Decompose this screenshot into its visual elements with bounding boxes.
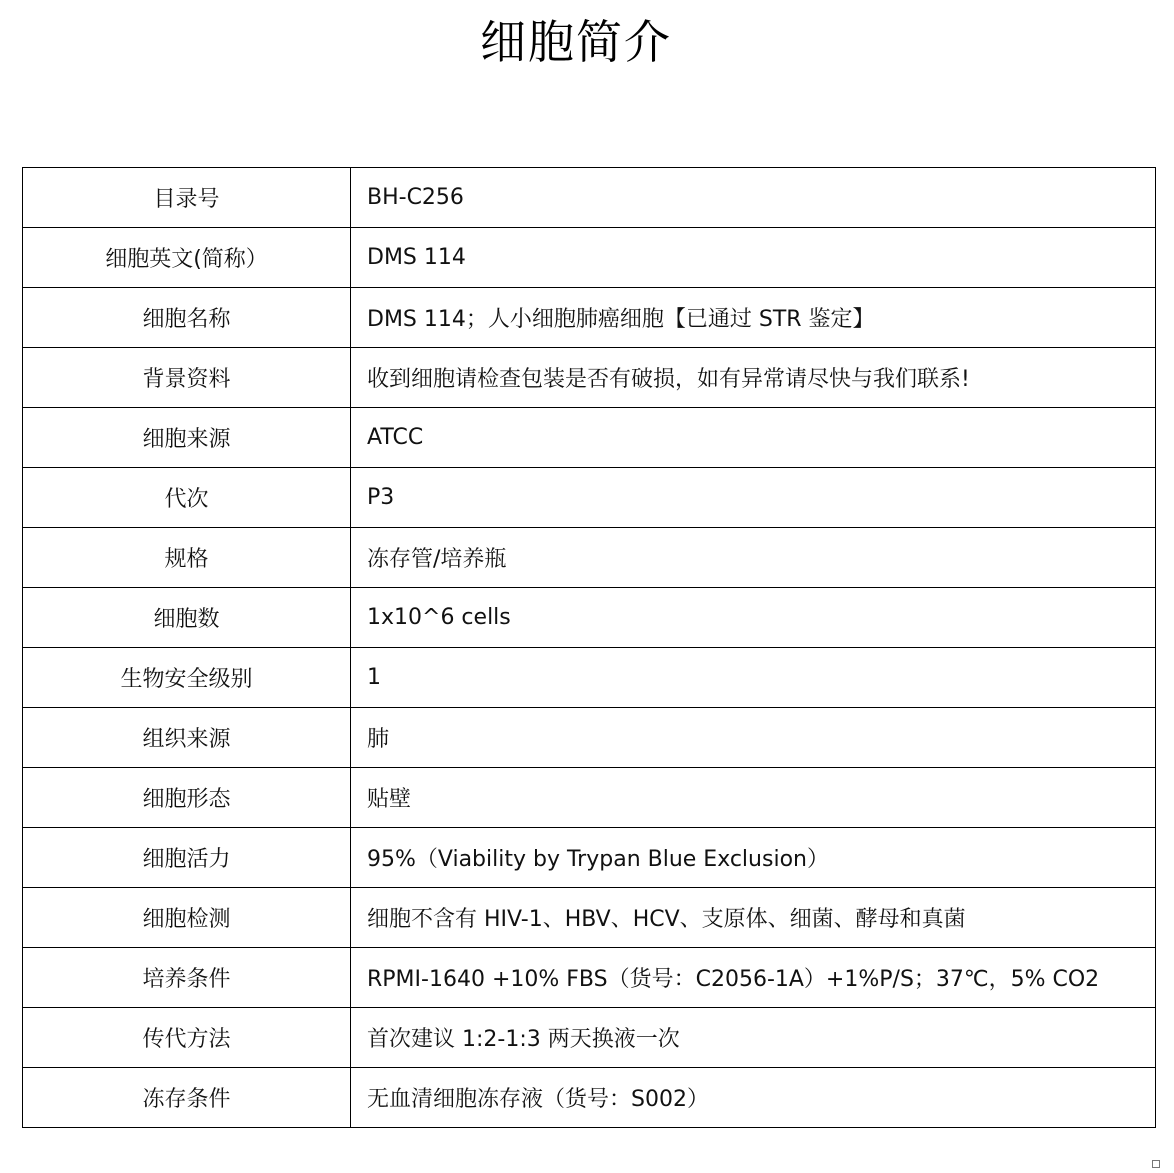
page-title: 细胞简介 [0,14,1152,70]
row-label: 目录号 [23,168,351,228]
row-value: 冻存管/培养瓶 [351,528,1156,588]
row-value: BH-C256 [351,168,1156,228]
row-label: 冻存条件 [23,1068,351,1128]
row-value: 贴壁 [351,768,1156,828]
row-value: 细胞不含有 HIV-1、HBV、HCV、支原体、细菌、酵母和真菌 [351,888,1156,948]
row-label: 背景资料 [23,348,351,408]
table-row-background: 背景资料 收到细胞请检查包装是否有破损，如有异常请尽快与我们联系! [23,348,1156,408]
table-row-cell-source: 细胞来源 ATCC [23,408,1156,468]
row-label: 细胞名称 [23,288,351,348]
row-value: 肺 [351,708,1156,768]
table-row-viability: 细胞活力 95%（Viability by Trypan Blue Exclus… [23,828,1156,888]
row-label: 细胞英文(简称） [23,228,351,288]
row-label: 传代方法 [23,1008,351,1068]
row-label: 细胞形态 [23,768,351,828]
row-value: 收到细胞请检查包装是否有破损，如有异常请尽快与我们联系! [351,348,1156,408]
table-row-english-abbreviation: 细胞英文(简称） DMS 114 [23,228,1156,288]
row-value: P3 [351,468,1156,528]
table-row-catalog-number: 目录号 BH-C256 [23,168,1156,228]
table-row-morphology: 细胞形态 贴壁 [23,768,1156,828]
row-label: 生物安全级别 [23,648,351,708]
row-label: 培养条件 [23,948,351,1008]
table-row-testing: 细胞检测 细胞不含有 HIV-1、HBV、HCV、支原体、细菌、酵母和真菌 [23,888,1156,948]
row-label: 细胞来源 [23,408,351,468]
row-label: 规格 [23,528,351,588]
table-row-cell-count: 细胞数 1x10^6 cells [23,588,1156,648]
row-value: 首次建议 1:2-1:3 两天换液一次 [351,1008,1156,1068]
table-row-passage-method: 传代方法 首次建议 1:2-1:3 两天换液一次 [23,1008,1156,1068]
table-row-cryopreservation: 冻存条件 无血清细胞冻存液（货号：S002） [23,1068,1156,1128]
row-value: 无血清细胞冻存液（货号：S002） [351,1068,1156,1128]
table-resize-handle[interactable] [1152,1160,1160,1168]
row-value: DMS 114 [351,228,1156,288]
row-value: 1x10^6 cells [351,588,1156,648]
row-label: 代次 [23,468,351,528]
table-row-tissue-source: 组织来源 肺 [23,708,1156,768]
table-row-biosafety-level: 生物安全级别 1 [23,648,1156,708]
row-value: RPMI-1640 +10% FBS（货号：C2056-1A）+1%P/S；37… [351,948,1156,1008]
row-value: 1 [351,648,1156,708]
row-label: 细胞活力 [23,828,351,888]
table-row-cell-name: 细胞名称 DMS 114；人小细胞肺癌细胞【已通过 STR 鉴定】 [23,288,1156,348]
row-value: DMS 114；人小细胞肺癌细胞【已通过 STR 鉴定】 [351,288,1156,348]
row-value: ATCC [351,408,1156,468]
cell-info-table: 目录号 BH-C256 细胞英文(简称） DMS 114 细胞名称 DMS 11… [22,167,1156,1128]
table-row-specification: 规格 冻存管/培养瓶 [23,528,1156,588]
row-label: 组织来源 [23,708,351,768]
row-label: 细胞数 [23,588,351,648]
row-value: 95%（Viability by Trypan Blue Exclusion） [351,828,1156,888]
table-row-culture-conditions: 培养条件 RPMI-1640 +10% FBS（货号：C2056-1A）+1%P… [23,948,1156,1008]
table-row-passage: 代次 P3 [23,468,1156,528]
row-label: 细胞检测 [23,888,351,948]
